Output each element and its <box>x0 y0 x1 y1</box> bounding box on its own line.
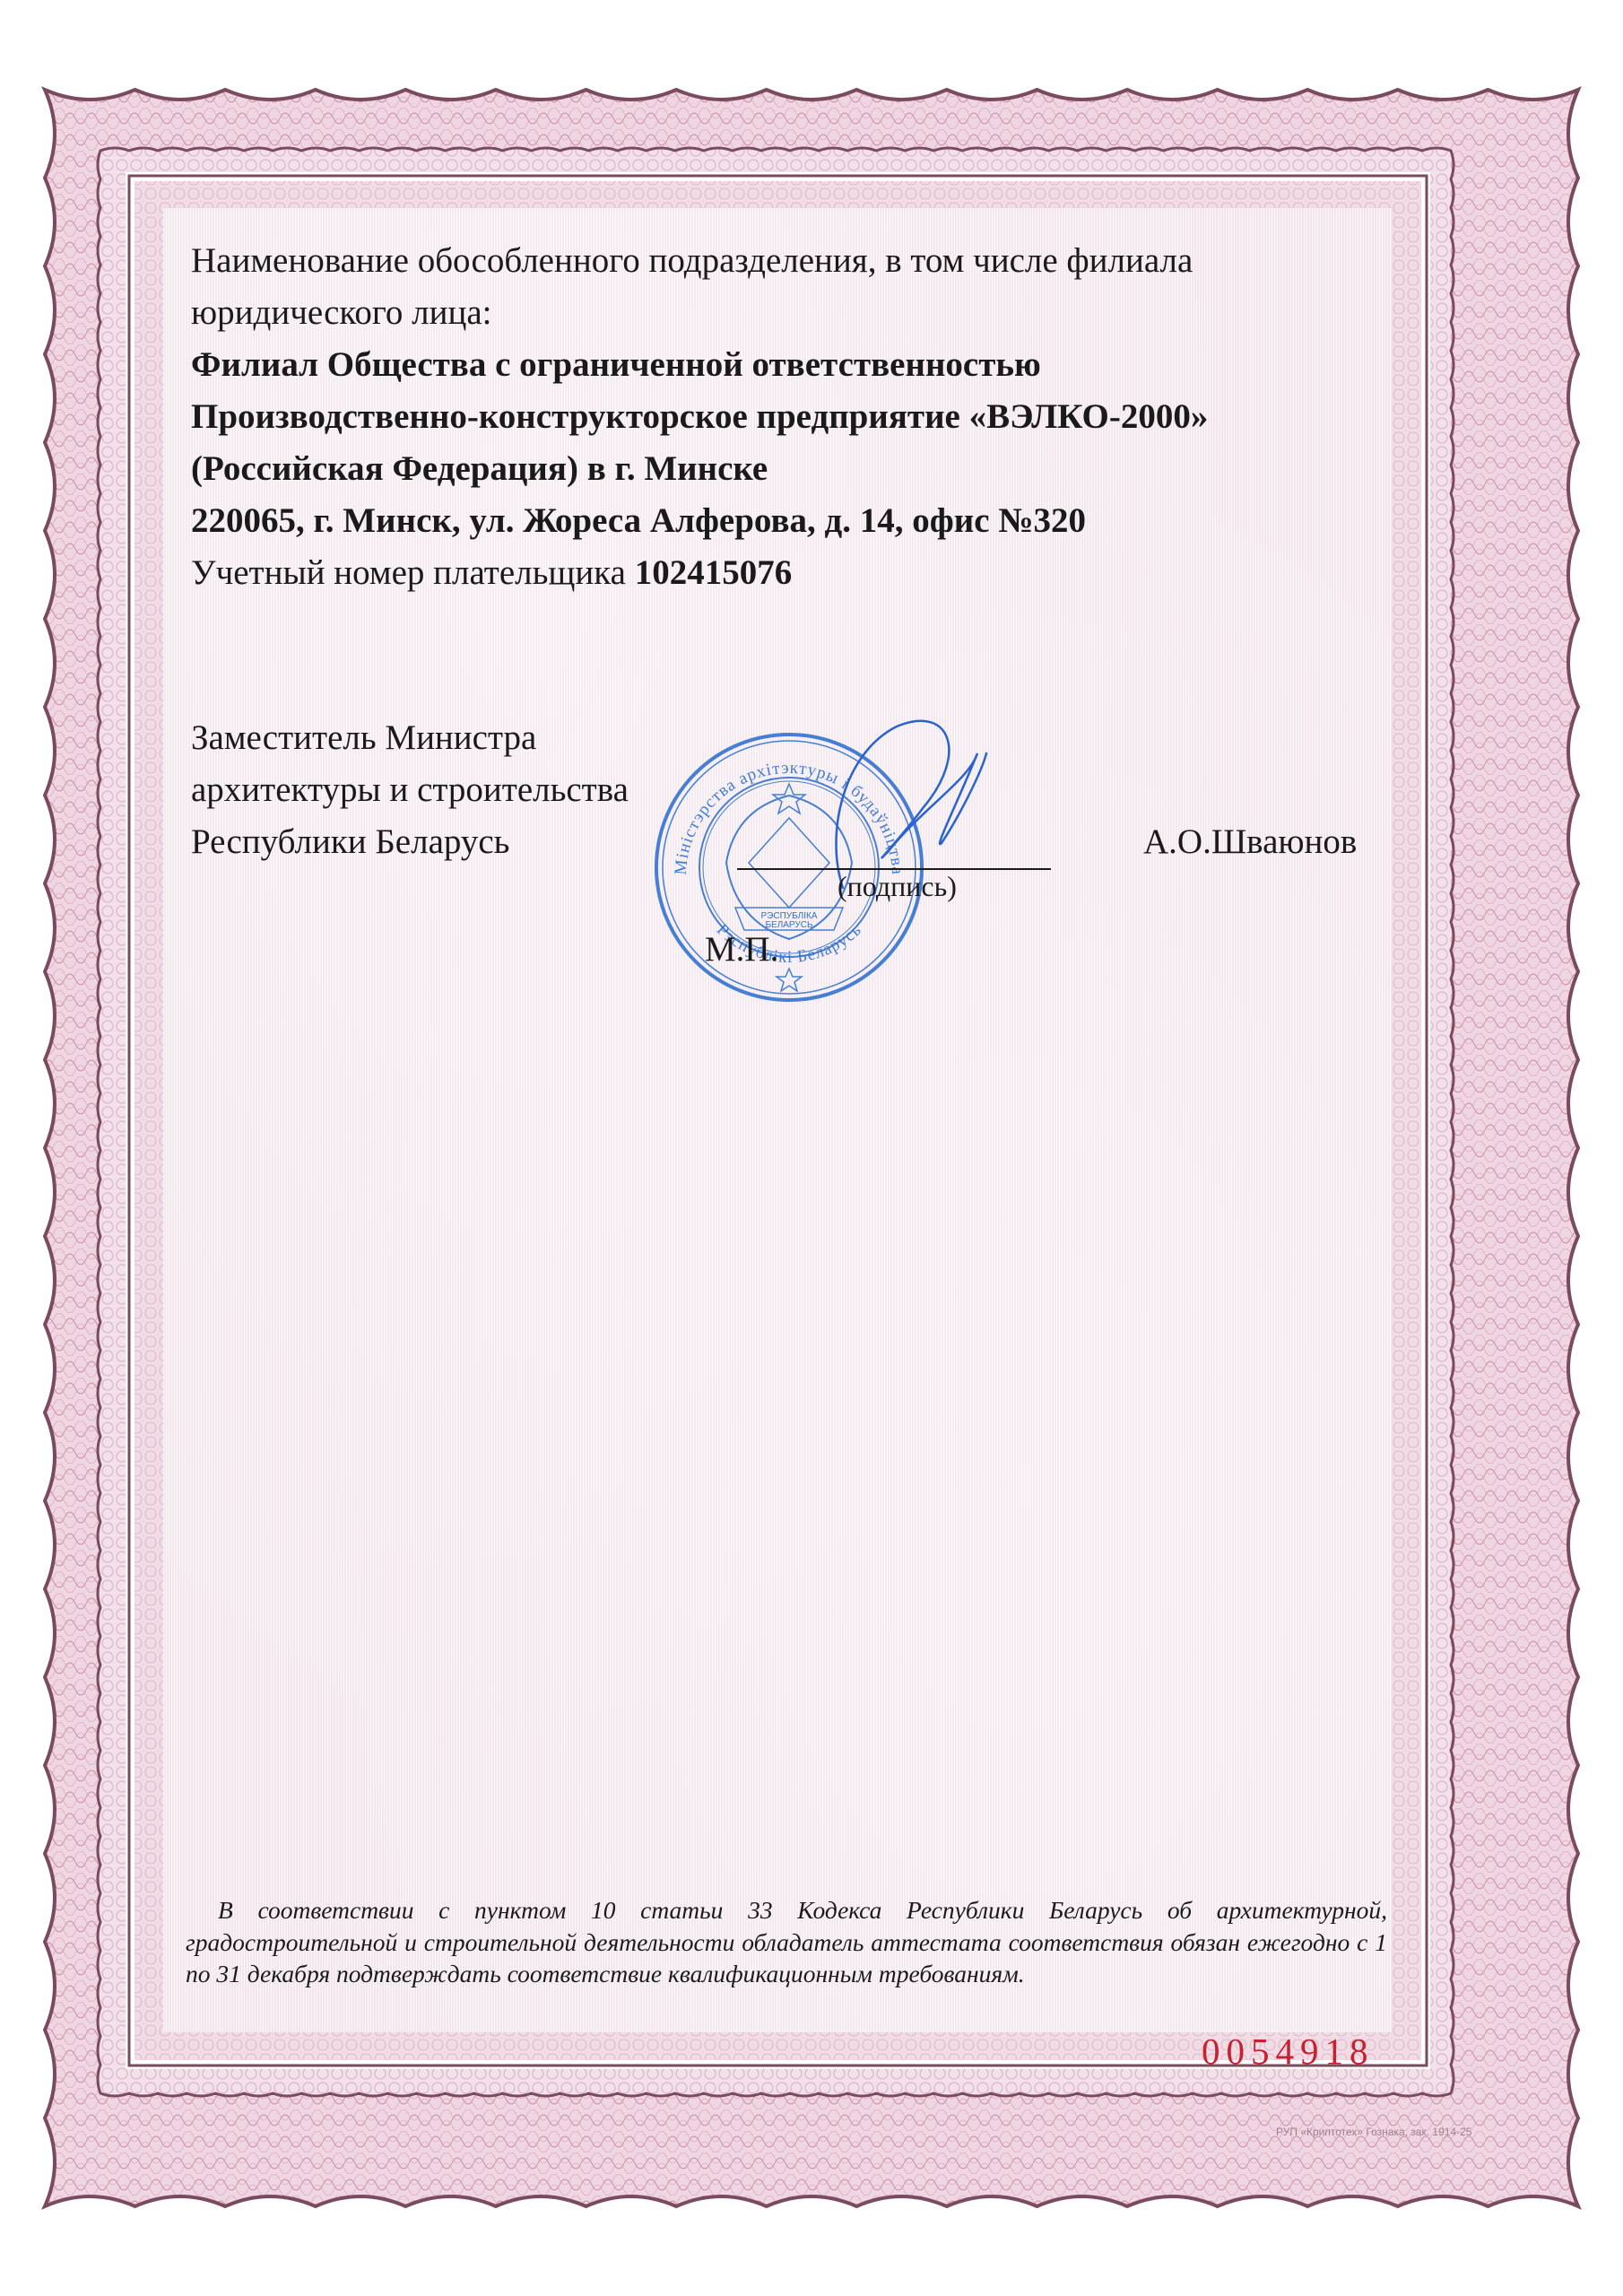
entity-name-line-3: (Российская Федерация) в г. Минске <box>191 448 768 489</box>
signatory-name: А.О.Шваюнов <box>1143 822 1357 862</box>
payer-number-row: Учетный номер плательщика 102415076 <box>191 552 792 593</box>
entity-name-line-1: Филиал Общества с ограниченной ответстве… <box>191 344 1041 385</box>
payer-number-label: Учетный номер плательщика <box>191 553 635 592</box>
seal-place-caption: М.П. <box>705 929 778 970</box>
signatory-position-line-3: Республики Беларусь <box>191 822 509 862</box>
legal-footnote: В соответствии с пунктом 10 статьи 33 Ко… <box>186 1894 1387 1990</box>
payer-number-value: 102415076 <box>635 553 793 592</box>
entity-name-line-2: Производственно-конструкторское предприя… <box>191 396 1208 437</box>
signature-caption: (подпись) <box>838 870 957 903</box>
signatory-position-line-1: Заместитель Министра <box>191 717 536 758</box>
subdivision-label-continued: юридического лица: <box>191 292 492 333</box>
signatory-position-line-2: архитектуры и строительства <box>191 770 629 810</box>
printer-mark: РУП «Криптотех» Гознака, зак. 1914-25 <box>1276 2126 1471 2138</box>
serial-number: 0054918 <box>1202 2030 1375 2073</box>
entity-address: 220065, г. Минск, ул. Жореса Алферова, д… <box>191 500 1086 541</box>
subdivision-label: Наименование обособленного подразделения… <box>191 240 1193 281</box>
